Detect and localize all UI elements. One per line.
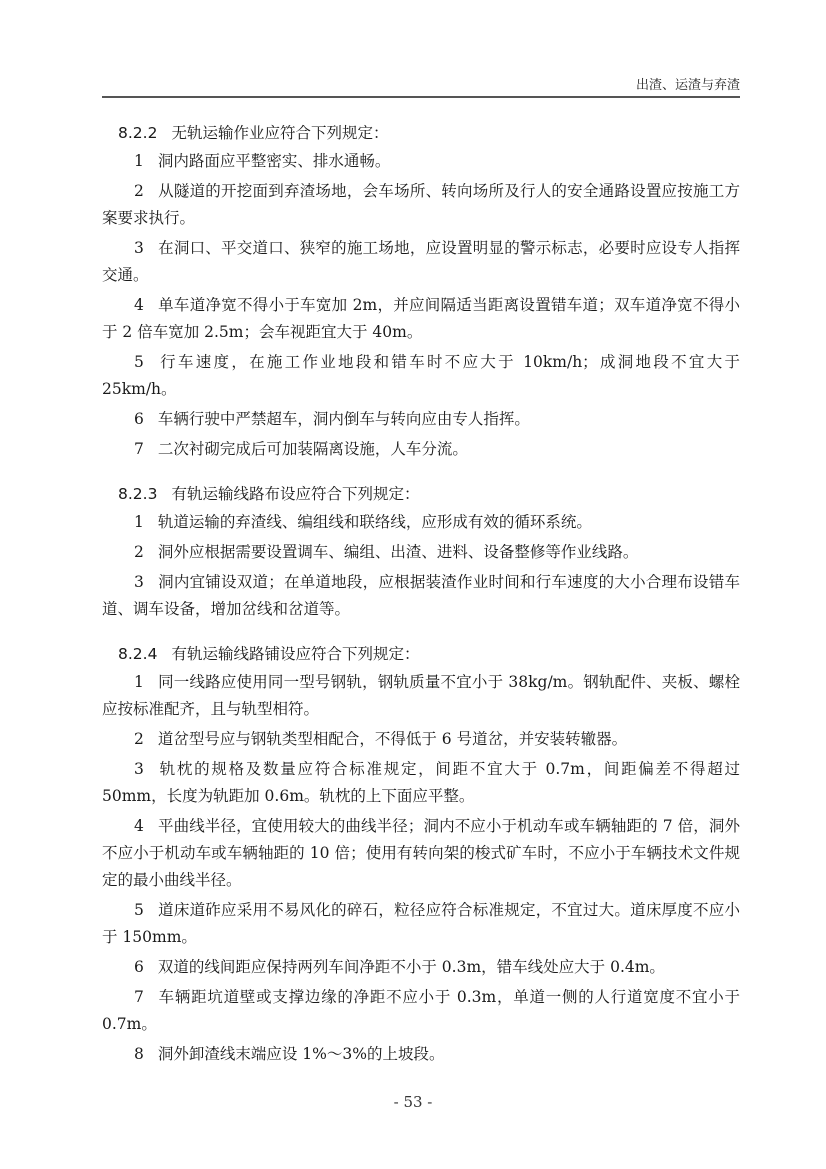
clause: 2洞外应根据需要设置调车、编组、出渣、进料、设备整修等作业线路。 — [102, 539, 740, 566]
section-title: 有轨运输线路铺设应符合下列规定： — [171, 645, 419, 663]
clause: 3在洞口、平交道口、狭窄的施工场地，应设置明显的警示标志，必要时应设专人指挥交通… — [102, 235, 740, 289]
clause-text: 轨道运输的弃渣线、编组线和联络线，应形成有效的循环系统。 — [158, 513, 592, 531]
clause: 1同一线路应使用同一型号钢轨，钢轨质量不宜小于 38kg/m。钢轨配件、夹板、螺… — [102, 669, 740, 723]
section-heading: 8.2.2无轨运输作业应符合下列规定： — [102, 118, 740, 148]
clause-text: 洞外卸渣线末端应设 1%～3%的上坡段。 — [158, 1045, 445, 1063]
clause-text: 道岔型号应与钢轨类型相配合，不得低于 6 号道岔，并安装转辙器。 — [158, 730, 627, 748]
clause-text: 双道的线间距应保持两列车间净距不小于 0.3m，错车线处应大于 0.4m。 — [158, 958, 665, 976]
document-body: 8.2.2无轨运输作业应符合下列规定： 1洞内路面应平整密实、排水通畅。 2从隧… — [102, 118, 740, 1084]
clause-number: 5 — [134, 353, 144, 371]
clause: 6车辆行驶中严禁超车，洞内倒车与转向应由专人指挥。 — [102, 406, 740, 433]
clause-text: 单车道净宽不得小于车宽加 2m，并应间隔适当距离设置错车道；双车道净宽不得小于 … — [102, 296, 740, 341]
page-header: 出渣、运渣与弃渣 — [102, 74, 740, 98]
clause: 7车辆距坑道壁或支撑边缘的净距不应小于 0.3m，单道一侧的人行道宽度不宜小于 … — [102, 984, 740, 1038]
clause: 3轨枕的规格及数量应符合标准规定，间距不宜大于 0.7m，间距偏差不得超过 50… — [102, 756, 740, 810]
clause-number: 7 — [134, 440, 144, 458]
section-number: 8.2.4 — [118, 645, 157, 663]
clause-text: 二次衬砌完成后可加装隔离设施，人车分流。 — [158, 440, 468, 458]
clause: 1洞内路面应平整密实、排水通畅。 — [102, 148, 740, 175]
section-heading: 8.2.3有轨运输线路布设应符合下列规定： — [102, 479, 740, 509]
clause-number: 7 — [134, 988, 144, 1006]
section-number: 8.2.3 — [118, 485, 157, 503]
section-number: 8.2.2 — [118, 124, 157, 142]
clause-number: 3 — [134, 573, 144, 591]
clause: 5行车速度，在施工作业地段和错车时不应大于 10km/h；成洞地段不宜大于 25… — [102, 349, 740, 403]
clause-number: 1 — [134, 673, 144, 691]
clause-text: 从隧道的开挖面到弃渣场地，会车场所、转向场所及行人的安全通路设置应按施工方案要求… — [102, 182, 740, 227]
section-8-2-3: 8.2.3有轨运输线路布设应符合下列规定： 1轨道运输的弃渣线、编组线和联络线，… — [102, 479, 740, 623]
section-heading: 8.2.4有轨运输线路铺设应符合下列规定： — [102, 639, 740, 669]
clause: 2从隧道的开挖面到弃渣场地，会车场所、转向场所及行人的安全通路设置应按施工方案要… — [102, 178, 740, 232]
clause-text: 在洞口、平交道口、狭窄的施工场地，应设置明显的警示标志，必要时应设专人指挥交通。 — [102, 239, 740, 284]
page-number: - 53 - — [0, 1093, 826, 1111]
section-title: 无轨运输作业应符合下列规定： — [171, 124, 388, 142]
clause-text: 车辆行驶中严禁超车，洞内倒车与转向应由专人指挥。 — [158, 410, 530, 428]
clause-text: 平曲线半径，宜使用较大的曲线半径；洞内不应小于机动车或车辆轴距的 7 倍，洞外不… — [102, 817, 740, 889]
clause: 1轨道运输的弃渣线、编组线和联络线，应形成有效的循环系统。 — [102, 509, 740, 536]
clause-number: 6 — [134, 958, 144, 976]
section-8-2-4: 8.2.4有轨运输线路铺设应符合下列规定： 1同一线路应使用同一型号钢轨，钢轨质… — [102, 639, 740, 1068]
clause-text: 轨枕的规格及数量应符合标准规定，间距不宜大于 0.7m，间距偏差不得超过 50m… — [102, 760, 740, 805]
clause: 5道床道砟应采用不易风化的碎石，粒径应符合标准规定，不宜过大。道床厚度不应小于 … — [102, 897, 740, 951]
clause: 4平曲线半径，宜使用较大的曲线半径；洞内不应小于机动车或车辆轴距的 7 倍，洞外… — [102, 813, 740, 894]
clause: 8洞外卸渣线末端应设 1%～3%的上坡段。 — [102, 1041, 740, 1068]
clause: 3洞内宜铺设双道；在单道地段，应根据装渣作业时间和行车速度的大小合理布设错车道、… — [102, 569, 740, 623]
clause: 6双道的线间距应保持两列车间净距不小于 0.3m，错车线处应大于 0.4m。 — [102, 954, 740, 981]
section-title: 有轨运输线路布设应符合下列规定： — [171, 485, 419, 503]
clause: 2道岔型号应与钢轨类型相配合，不得低于 6 号道岔，并安装转辙器。 — [102, 726, 740, 753]
clause-text: 车辆距坑道壁或支撑边缘的净距不应小于 0.3m，单道一侧的人行道宽度不宜小于 0… — [102, 988, 740, 1033]
clause-number: 2 — [134, 730, 144, 748]
clause-text: 洞内路面应平整密实、排水通畅。 — [158, 152, 391, 170]
clause-text: 道床道砟应采用不易风化的碎石，粒径应符合标准规定，不宜过大。道床厚度不应小于 1… — [102, 901, 740, 946]
clause: 4单车道净宽不得小于车宽加 2m，并应间隔适当距离设置错车道；双车道净宽不得小于… — [102, 292, 740, 346]
clause-number: 1 — [134, 152, 144, 170]
clause-text: 洞外应根据需要设置调车、编组、出渣、进料、设备整修等作业线路。 — [158, 543, 639, 561]
section-8-2-2: 8.2.2无轨运输作业应符合下列规定： 1洞内路面应平整密实、排水通畅。 2从隧… — [102, 118, 740, 463]
clause-number: 8 — [134, 1045, 144, 1063]
clause-number: 3 — [134, 760, 144, 778]
clause-text: 同一线路应使用同一型号钢轨，钢轨质量不宜小于 38kg/m。钢轨配件、夹板、螺栓… — [102, 673, 740, 718]
running-title: 出渣、运渣与弃渣 — [636, 74, 740, 93]
clause-number: 4 — [134, 296, 144, 314]
clause: 7二次衬砌完成后可加装隔离设施，人车分流。 — [102, 436, 740, 463]
clause-number: 2 — [134, 543, 144, 561]
clause-number: 6 — [134, 410, 144, 428]
clause-number: 3 — [134, 239, 144, 257]
clause-number: 5 — [134, 901, 144, 919]
clause-number: 4 — [134, 817, 144, 835]
clause-text: 行车速度，在施工作业地段和错车时不应大于 10km/h；成洞地段不宜大于 25k… — [102, 353, 740, 398]
clause-number: 1 — [134, 513, 144, 531]
clause-text: 洞内宜铺设双道；在单道地段，应根据装渣作业时间和行车速度的大小合理布设错车道、调… — [102, 573, 740, 618]
clause-number: 2 — [134, 182, 144, 200]
